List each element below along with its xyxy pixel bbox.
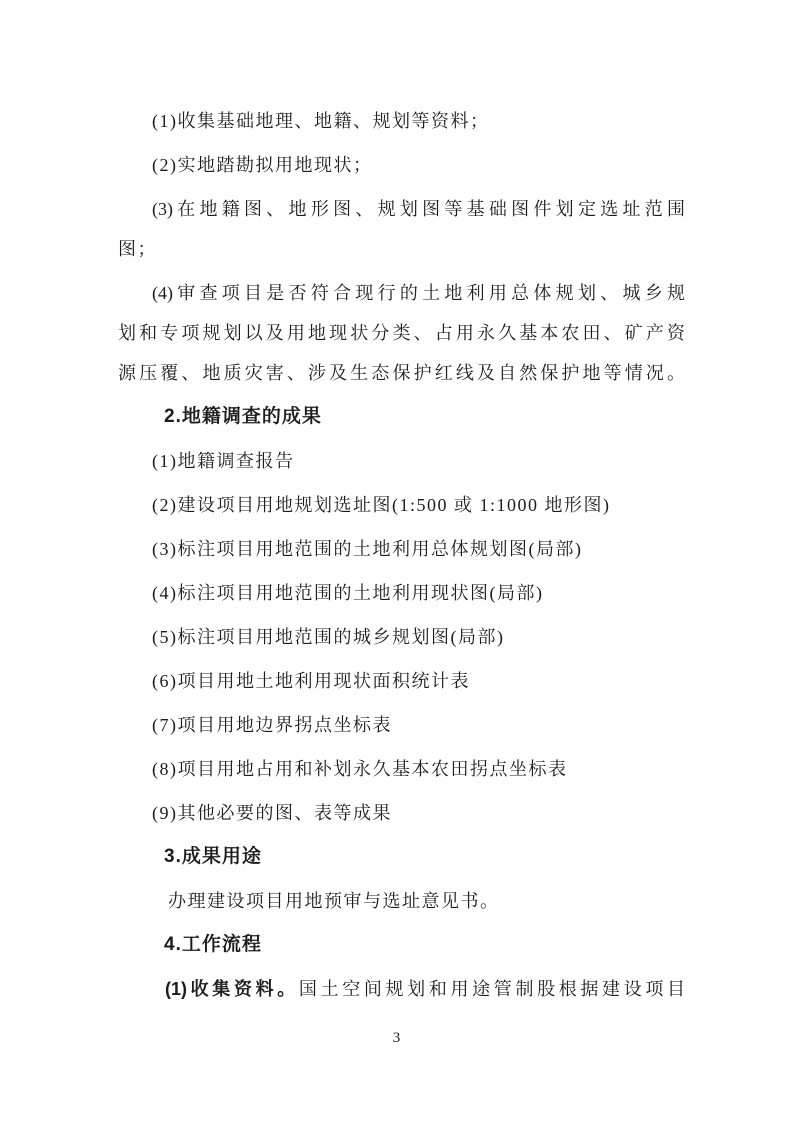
paragraph-line: (2)建设项目用地规划选址图(1:500 或 1:1000 地形图) <box>118 485 685 525</box>
paragraph-s2-item8: (8)项目用地占用和补划永久基本农田拐点坐标表 <box>118 749 685 789</box>
paragraph-line: (6)项目用地土地利用现状面积统计表 <box>118 661 685 701</box>
document-body: (1)收集基础地理、地籍、规划等资料； (2)实地踏勘拟用地现状； (3)在地籍… <box>118 101 685 1013</box>
paragraph-line: (4)审查项目是否符合现行的土地利用总体规划、城乡规 <box>118 273 685 313</box>
paragraph-s1-item1: (1)收集基础地理、地籍、规划等资料； <box>118 101 685 141</box>
paragraph-s1-item2: (2)实地踏勘拟用地现状； <box>118 145 685 185</box>
paragraph-line: (8)项目用地占用和补划永久基本农田拐点坐标表 <box>118 749 685 789</box>
paragraph-s3-body: 办理建设项目用地预审与选址意见书。 <box>118 881 685 921</box>
paragraph-line: (3)在地籍图、地形图、规划图等基础图件划定选址范围 <box>118 189 685 229</box>
section-heading-4: 4.工作流程 <box>118 925 685 965</box>
heading-text: 3.成果用途 <box>118 837 685 877</box>
paragraph-s2-item3: (3)标注项目用地范围的土地利用总体规划图(局部) <box>118 529 685 569</box>
paragraph-s2-item2: (2)建设项目用地规划选址图(1:500 或 1:1000 地形图) <box>118 485 685 525</box>
section-heading-2: 2.地籍调查的成果 <box>118 397 685 437</box>
step-lead-bold: (1)收集资料。 <box>165 979 299 999</box>
paragraph-s2-item5: (5)标注项目用地范围的城乡规划图(局部) <box>118 617 685 657</box>
paragraph-line: (2)实地踏勘拟用地现状； <box>118 145 685 185</box>
paragraph-line: (1)收集基础地理、地籍、规划等资料； <box>118 101 685 141</box>
paragraph-line: (1)收集资料。国土空间规划和用途管制股根据建设项目 <box>118 969 685 1009</box>
document-page: (1)收集基础地理、地籍、规划等资料； (2)实地踏勘拟用地现状； (3)在地籍… <box>0 0 793 1122</box>
paragraph-s1-item4: (4)审查项目是否符合现行的土地利用总体规划、城乡规 划和专项规划以及用地现状分… <box>118 273 685 393</box>
paragraph-s2-item1: (1)地籍调查报告 <box>118 441 685 481</box>
paragraph-line: 源压覆、地质灾害、涉及生态保护红线及自然保护地等情况。 <box>118 353 685 393</box>
paragraph-line: (7)项目用地边界拐点坐标表 <box>118 705 685 745</box>
paragraph-line: (3)标注项目用地范围的土地利用总体规划图(局部) <box>118 529 685 569</box>
paragraph-s1-item3: (3)在地籍图、地形图、规划图等基础图件划定选址范围 图； <box>118 189 685 269</box>
paragraph-s2-item9: (9)其他必要的图、表等成果 <box>118 793 685 833</box>
paragraph-line: (5)标注项目用地范围的城乡规划图(局部) <box>118 617 685 657</box>
heading-text: 4.工作流程 <box>118 925 685 965</box>
heading-text: 2.地籍调查的成果 <box>118 397 685 437</box>
paragraph-s2-item4: (4)标注项目用地范围的土地利用现状图(局部) <box>118 573 685 613</box>
section-heading-3: 3.成果用途 <box>118 837 685 877</box>
paragraph-s4-step1: (1)收集资料。国土空间规划和用途管制股根据建设项目 <box>118 969 685 1009</box>
paragraph-line: 办理建设项目用地预审与选址意见书。 <box>118 881 685 921</box>
paragraph-line: (1)地籍调查报告 <box>118 441 685 481</box>
paragraph-line: 图； <box>118 229 685 269</box>
paragraph-s2-item7: (7)项目用地边界拐点坐标表 <box>118 705 685 745</box>
paragraph-line: (9)其他必要的图、表等成果 <box>118 793 685 833</box>
paragraph-line: 划和专项规划以及用地现状分类、占用永久基本农田、矿产资 <box>118 313 685 353</box>
page-number: 3 <box>0 1028 793 1048</box>
step-rest-text: 国土空间规划和用途管制股根据建设项目 <box>299 979 685 999</box>
paragraph-s2-item6: (6)项目用地土地利用现状面积统计表 <box>118 661 685 701</box>
paragraph-line: (4)标注项目用地范围的土地利用现状图(局部) <box>118 573 685 613</box>
